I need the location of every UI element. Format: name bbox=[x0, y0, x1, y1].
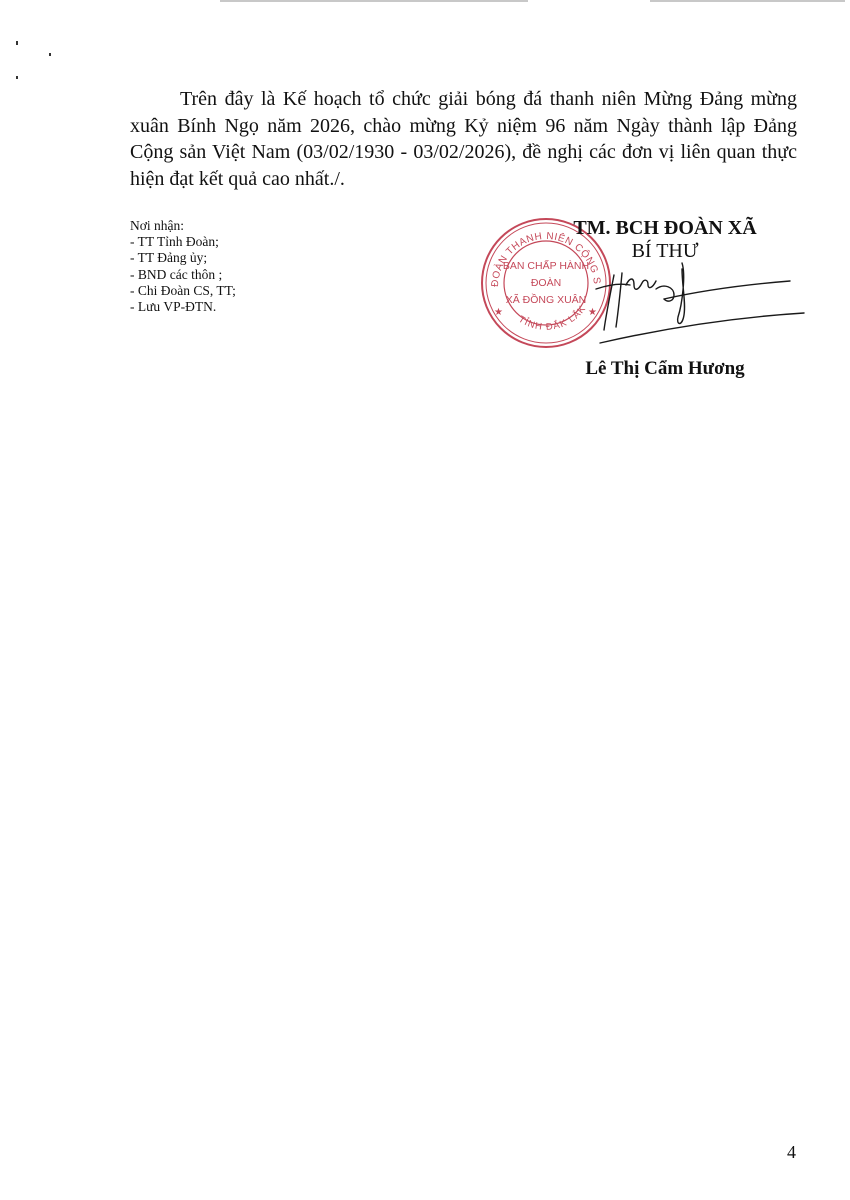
recipient-item: - BND các thôn ; bbox=[130, 267, 236, 283]
scan-artifact-dot bbox=[49, 53, 51, 56]
scan-artifact-dot bbox=[16, 41, 18, 45]
closing-paragraph: Trên đây là Kế hoạch tổ chức giải bóng đ… bbox=[130, 86, 797, 192]
signature-block: TM. BCH ĐOÀN XÃ BÍ THƯ ĐOÀN THANH NIÊN C… bbox=[480, 215, 820, 395]
stamp-center-line: XÃ ĐỒNG XUÂN bbox=[506, 293, 587, 306]
scan-artifact-line bbox=[220, 0, 528, 2]
recipient-item: - TT Tỉnh Đoàn; bbox=[130, 234, 236, 250]
scan-artifact-dot bbox=[16, 76, 18, 79]
recipient-item: - Chi Đoàn CS, TT; bbox=[130, 283, 236, 299]
stamp-bottom-text: TỈNH ĐẮK LẮK bbox=[516, 303, 588, 333]
recipient-item: - TT Đảng ủy; bbox=[130, 250, 236, 266]
svg-text:TỈNH ĐẮK LẮK: TỈNH ĐẮK LẮK bbox=[516, 303, 588, 333]
recipients-heading: Nơi nhận: bbox=[130, 218, 236, 234]
svg-text:★: ★ bbox=[494, 307, 503, 318]
stamp-center-line: ĐOÀN bbox=[531, 276, 561, 289]
recipients-list: Nơi nhận: - TT Tỉnh Đoàn; - TT Đảng ủy; … bbox=[130, 218, 236, 315]
handwritten-signature-icon bbox=[590, 255, 810, 355]
signer-name: Lê Thị Cẩm Hương bbox=[520, 358, 810, 380]
scan-artifact-line bbox=[650, 0, 845, 2]
org-title: TM. BCH ĐOÀN XÃ bbox=[540, 217, 790, 239]
page-number: 4 bbox=[787, 1142, 796, 1163]
recipient-item: - Lưu VP-ĐTN. bbox=[130, 299, 236, 315]
